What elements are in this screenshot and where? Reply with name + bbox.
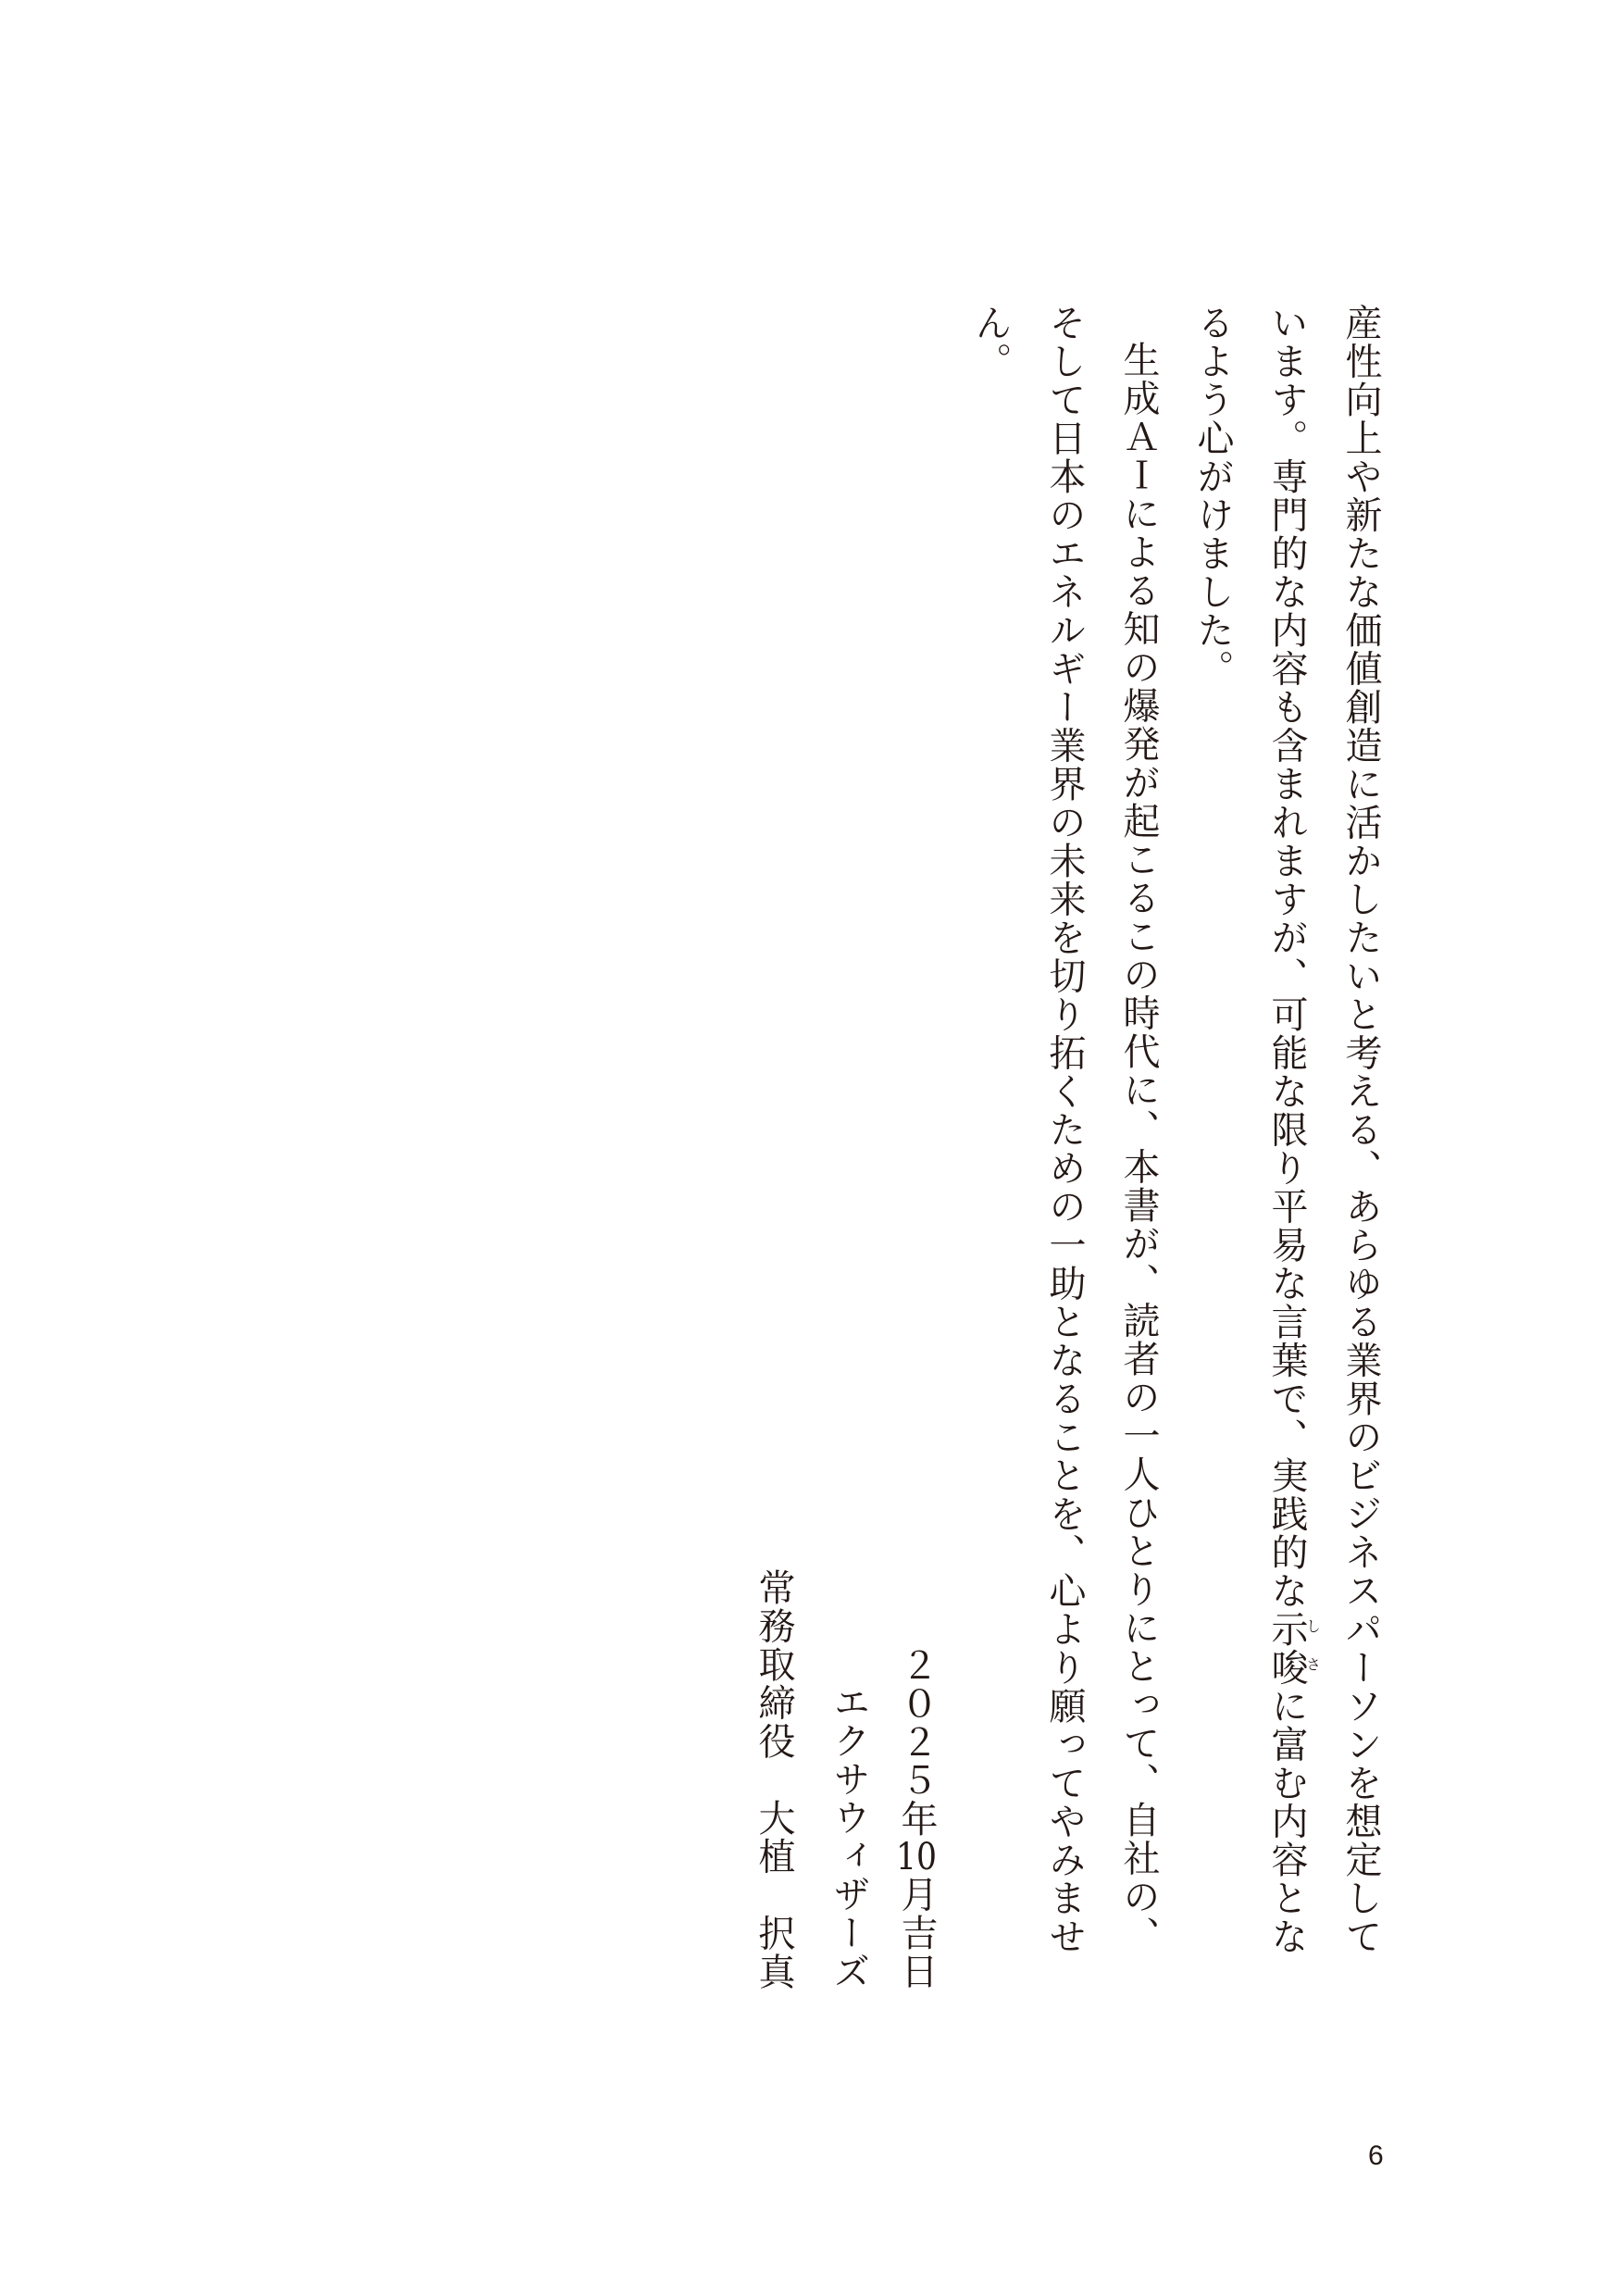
page-number: 6 <box>1368 2140 1384 2172</box>
signature-company: エクサウィザーズ <box>812 1683 886 1990</box>
signature-date: ２０２５年10月吉日 <box>879 1646 953 1990</box>
document-page: 産性向上や新たな価値創造に活かしたいと考える、あらゆる業界のビジネスパーソンを想… <box>0 0 1618 2296</box>
date-year: ２０２５年 <box>895 1646 938 1839</box>
date-suffix: 月吉日 <box>895 1876 938 1991</box>
paragraph-2-text: 生成ＡＩによる知の爆発が起こるこの時代に、本書が、読者の一人ひとりにとって、自社… <box>969 304 1160 1956</box>
paragraph-1: 産性向上や新たな価値創造に活かしたいと考える、あらゆる業界のビジネスパーソンを想… <box>1176 304 1398 1970</box>
date-month-number: 10 <box>895 1839 938 1876</box>
ruby-shisa: 示唆しさ <box>1265 1610 1308 1687</box>
paragraph-2: 生成ＡＩによる知の爆発が起こるこの時代に、本書が、読者の一人ひとりにとって、自社… <box>953 304 1176 1970</box>
ruby-reading: しさ <box>1304 1610 1322 1687</box>
body-text: 産性向上や新たな価値創造に活かしたいと考える、あらゆる業界のビジネスパーソンを想… <box>953 304 1398 1970</box>
ruby-base: 示唆 <box>1265 1610 1308 1687</box>
signature-name: 常務取締役 大植 択真 <box>737 1568 811 1991</box>
